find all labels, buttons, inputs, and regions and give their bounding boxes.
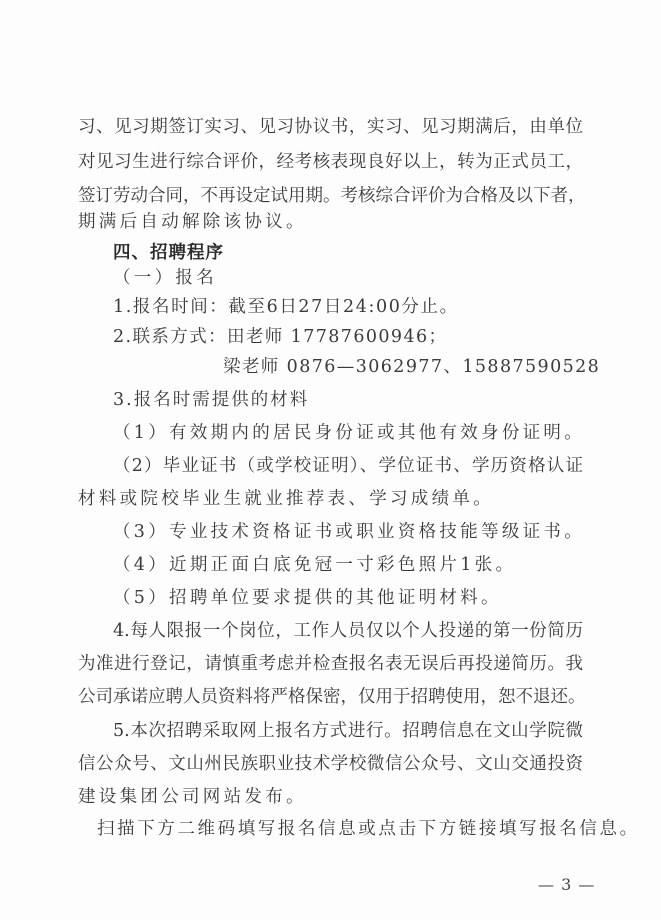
material-2-line-1: （2）毕业证书（或学校证明）、学位证书、学历资格认证 [113, 455, 583, 477]
item5-line-1: 5.本次招聘采取网上报名方式进行。招聘信息在文山学院微 [113, 720, 583, 742]
item5-line-3: 建设集团公司网站发布。 [78, 786, 583, 808]
material-5: （5）招聘单位要求提供的其他证明材料。 [113, 587, 583, 609]
section-heading: 四、招聘程序 [113, 242, 583, 264]
item4-line-1: 4.每人限报一个岗位，工作人员仅以个人投递的第一份简历 [113, 620, 583, 642]
material-3: （3）专业技术资格证书或职业资格技能等级证书。 [113, 521, 583, 543]
item5-line-2: 信公众号、文山州民族职业技术学校微信公众号、文山交通投资 [78, 753, 583, 775]
page-number: — 3 — [538, 875, 595, 894]
intro-line-4: 期满后自动解除该协议。 [78, 211, 583, 233]
intro-line-1: 习、见习期签订实习、见习协议书，实习、见习期满后，由单位 [78, 116, 583, 138]
intro-line-2: 对见习生进行综合评价，经考核表现良好以上，转为正式员工， [78, 151, 583, 173]
document-page: 习、见习期签订实习、见习协议书，实习、见习期满后，由单位 对见习生进行综合评价，… [0, 0, 661, 920]
item4-line-3: 公司承诺应聘人员资料将严格保密，仅用于招聘使用，恕不退还。 [78, 686, 583, 708]
material-2-line-2: 材料或院校毕业生就业推荐表、学习成绩单。 [78, 488, 583, 510]
intro-line-3: 签订劳动合同，不再设定试用期。考核综合评价为合格及以下者， [78, 185, 583, 207]
material-4: （4）近期正面白底免冠一寸彩色照片1张。 [113, 554, 583, 576]
contact-line-2: 梁老师 0876—3062977、15887590528 [223, 356, 600, 378]
subsection-heading: （一）报名 [113, 267, 583, 289]
material-1: （1）有效期内的居民身份证或其他有效身份证明。 [113, 422, 583, 444]
contact-line-1: 2.联系方式：田老师 17787600946； [113, 326, 583, 348]
materials-title: 3.报名时需提供的材料 [113, 389, 583, 411]
scan-instruction: 扫描下方二维码填写报名信息或点击下方链接填写报名信息。 [97, 818, 587, 840]
registration-time: 1.报名时间：截至6日27日24:00分止。 [113, 296, 583, 318]
item4-line-2: 为准进行登记，请慎重考虑并检查报名表无误后再投递简历。我 [78, 653, 583, 675]
